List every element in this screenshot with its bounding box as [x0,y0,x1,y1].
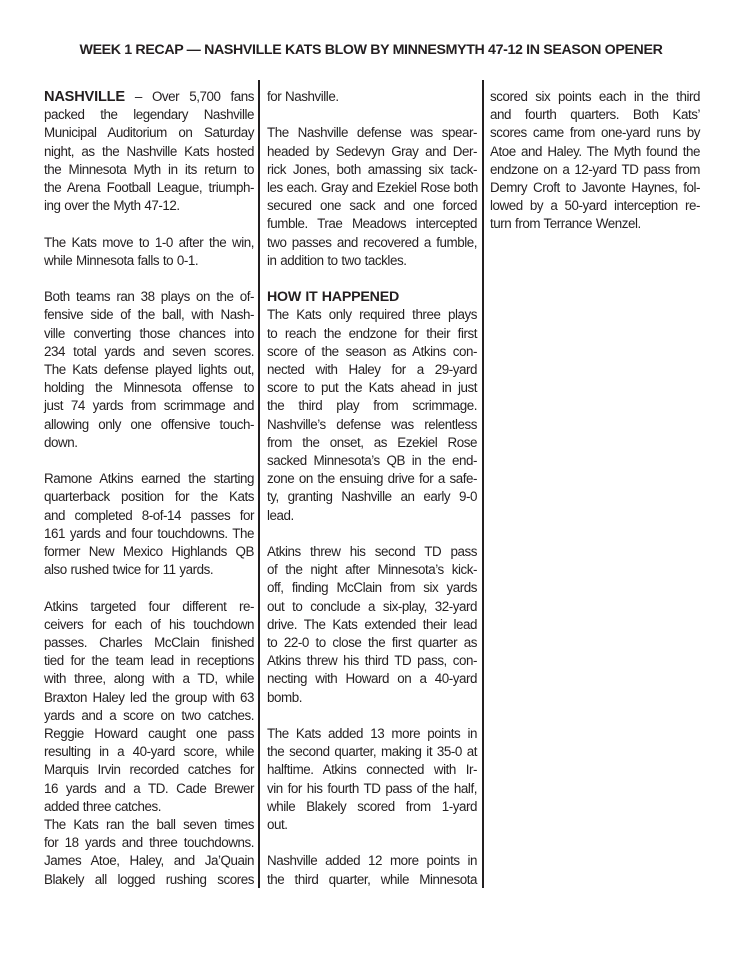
text-line: 16 yards and a TD. Cade Brewer [44,780,254,798]
text-line: Municipal Auditorium on Saturday [44,124,254,142]
text-line: packed the legendary Nashville [44,106,254,124]
text-line: necting with Howard on a 40-yard [267,670,477,688]
text-line: while Minnesota falls to 0-1. [44,252,254,270]
text-line: from the onset, as Ezekiel Rose [267,434,477,452]
text-line: with three, along with a TD, while [44,670,254,688]
article-column-2: for Nashville.The Nashville defense was … [267,88,477,889]
text-line: the third quarter, while Minnesota [267,871,477,889]
text-line: ty, granting Nashville an early 9-0 [267,488,477,506]
text-line: halftime. Atkins connected with Ir- [267,761,477,779]
text-line: off, finding McClain from six yards [267,579,477,597]
text-line: the second quarter, making it 35-0 at [267,743,477,761]
text-line: for Nashville. [267,88,477,106]
text-line: Atkins targeted four different re- [44,598,254,616]
text-line: out to conclude a six-play, 32-yard [267,598,477,616]
text-line: lead. [267,507,477,525]
text-line: to reach the endzone for their first [267,325,477,343]
text-line: Nashville added 12 more points in [267,852,477,870]
article-paragraph: HOW IT HAPPENEDThe Kats only required th… [267,288,477,525]
text-line: and fourth quarters. Both Kats’ [490,106,700,124]
text-line: Atkins threw his third TD pass, con- [267,652,477,670]
article-paragraph: NASHVILLE – Over 5,700 fanspacked the le… [44,88,254,215]
text-line: zone on the ensuing drive for a safe- [267,470,477,488]
text-line: holding the Minnesota offense to [44,379,254,397]
text-line: bomb. [267,689,477,707]
text-line: les each. Gray and Ezekiel Rose both [267,179,477,197]
text-line: ing over the Myth 47-12. [44,197,254,215]
text-line: Nashville’s defense was relentless [267,416,477,434]
text-line: scores came from one-yard runs by [490,124,700,142]
text-line: score of the season as Atkins con- [267,343,477,361]
text-line: drive. The Kats extended their lead [267,616,477,634]
article-paragraph: The Kats added 13 more points inthe seco… [267,725,477,834]
article-paragraph: scored six points each in the thirdand f… [490,88,700,234]
article-column-1: NASHVILLE – Over 5,700 fanspacked the le… [44,88,254,889]
text-line: nected with Haley for a 29-yard [267,361,477,379]
text-line: headed by Sedevyn Gray and Der- [267,143,477,161]
article-paragraph: The Kats move to 1-0 after the win,while… [44,234,254,270]
article-paragraph: Atkins targeted four different re-ceiver… [44,598,254,816]
text-line: the Minnesota Myth in its return to [44,161,254,179]
text-line: allowing only one offensive touch- [44,416,254,434]
text-line: Atkins threw his second TD pass [267,543,477,561]
text-line: lowed by a 50-yard interception re- [490,197,700,215]
text-line: Demry Croft to Javonte Haynes, fol- [490,179,700,197]
text-line: former New Mexico Highlands QB [44,543,254,561]
text-line: Both teams ran 38 plays on the of- [44,288,254,306]
lede-text: – Over 5,700 fans [125,89,254,104]
text-line: yards and a score on two catches. [44,707,254,725]
text-line: out. [267,816,477,834]
article-paragraph: The Nashville defense was spear-headed b… [267,124,477,270]
text-line: endzone on a 12-yard TD pass from [490,161,700,179]
text-line: The Kats ran the ball seven times [44,816,254,834]
text-line: The Kats defense played lights out, [44,361,254,379]
text-line: to 22-0 to close the first quarter as [267,634,477,652]
text-line: sacked Minnesota’s QB in the end- [267,452,477,470]
article-paragraph: for Nashville. [267,88,477,106]
text-line: turn from Terrance Wenzel. [490,215,700,233]
text-line: the Arena Football League, triumph- [44,179,254,197]
text-line: The Kats only required three plays [267,306,477,324]
text-line: rick Jones, both amassing six tack- [267,161,477,179]
text-line: of the night after Minnesota’s kick- [267,561,477,579]
text-line: Marquis Irvin recorded catches for [44,761,254,779]
text-line: The Kats move to 1-0 after the win, [44,234,254,252]
text-line: 161 yards and four touchdowns. The [44,525,254,543]
text-line: fensive side of the ball, with Nash- [44,306,254,324]
text-line: secured one sack and one forced [267,197,477,215]
text-line: ville converting those chances into [44,325,254,343]
text-line: night, as the Nashville Kats hosted [44,143,254,161]
text-line: Blakely all logged rushing scores [44,871,254,889]
text-line: the third play from scrimmage. [267,397,477,415]
text-line: The Kats added 13 more points in [267,725,477,743]
lede-first-line: NASHVILLE – Over 5,700 fans [44,88,254,106]
text-line: Ramone Atkins earned the starting [44,470,254,488]
article-column-3: scored six points each in the thirdand f… [490,88,700,234]
text-line: down. [44,434,254,452]
text-line: fumble. Trae Meadows intercepted [267,215,477,233]
text-line: just 74 yards from scrimmage and [44,397,254,415]
text-line: Braxton Haley led the group with 63 [44,689,254,707]
text-line: passes. Charles McClain finished [44,634,254,652]
article-paragraph: The Kats ran the ball seven timesfor 18 … [44,816,254,889]
text-line: 234 total yards and seven scores. [44,343,254,361]
article-headline: WEEK 1 RECAP — NASHVILLE KATS BLOW BY MI… [0,42,742,58]
text-line: score to put the Kats ahead in just [267,379,477,397]
text-line: vin for his fourth TD pass of the half, [267,780,477,798]
text-line: James Atoe, Haley, and Ja’Quain [44,852,254,870]
text-line: resulting in a 40-yard score, while [44,743,254,761]
text-line: added three catches. [44,798,254,816]
section-subhead: HOW IT HAPPENED [267,288,477,306]
text-line: also rushed twice for 11 yards. [44,561,254,579]
dateline: NASHVILLE [44,89,125,105]
column-divider-1 [258,80,260,888]
text-line: while Blakely scored from 1-yard [267,798,477,816]
article-paragraph: Atkins threw his second TD passof the ni… [267,543,477,707]
text-line: Reggie Howard caught one pass [44,725,254,743]
article-paragraph: Ramone Atkins earned the startingquarter… [44,470,254,579]
text-line: two passes and recovered a fumble, [267,234,477,252]
text-line: quarterback position for the Kats [44,488,254,506]
article-paragraph: Both teams ran 38 plays on the of-fensiv… [44,288,254,452]
text-line: in addition to two tackles. [267,252,477,270]
column-divider-2 [482,80,484,888]
text-line: and completed 8-of-14 passes for [44,507,254,525]
text-line: Atoe and Haley. The Myth found the [490,143,700,161]
text-line: The Nashville defense was spear- [267,124,477,142]
article-paragraph: Nashville added 12 more points inthe thi… [267,852,477,888]
text-line: for 18 yards and three touchdowns. [44,834,254,852]
text-line: ceivers for each of his touchdown [44,616,254,634]
text-line: scored six points each in the third [490,88,700,106]
text-line: tied for the team lead in receptions [44,652,254,670]
